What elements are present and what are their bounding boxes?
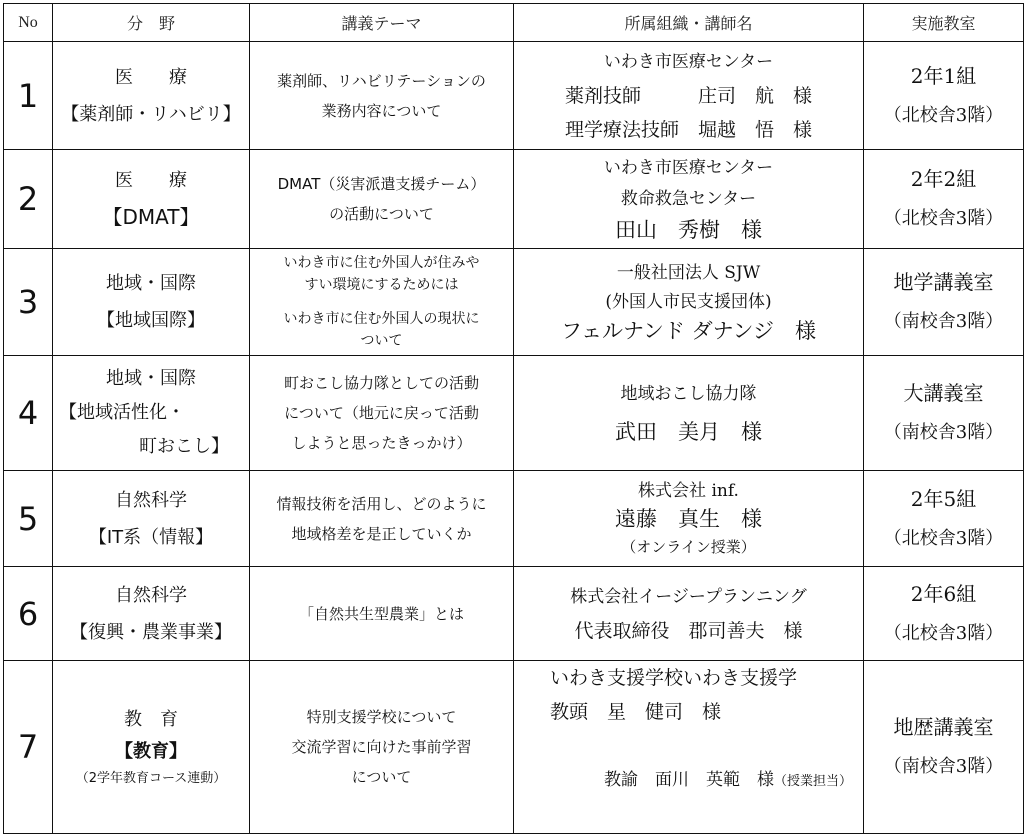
organization: いわき市医療センター (514, 153, 863, 184)
table-row: 1 医 療 【薬剤師・リハビリ】 薬剤師、リハビリテーションの 業務内容について… (4, 42, 1024, 150)
theme-line: 情報技術を活用し、どのように (250, 489, 513, 519)
theme-line: いわき市に住む外国人が住みや (250, 252, 513, 274)
theme-cell: 特別支援学校について 交流学習に向けた事前学習 について (250, 661, 514, 771)
row-number: 5 (4, 471, 53, 567)
organization: 株式会社イージープランニング (514, 580, 863, 614)
field-category: 自然科学 (53, 577, 249, 614)
lecture-mode-note: （オンライン授業） (514, 533, 863, 561)
lecturer-name: フェルナンド ダナンジ 様 (514, 317, 863, 346)
header-row: No 分 野 講義テーマ 所属組織・講師名 実施教室 (4, 4, 1024, 42)
room-name: 地学講義室 (864, 262, 1023, 302)
theme-line: いわき市に住む外国人の現状に (250, 308, 513, 330)
room-name: 地歴講義室 (864, 707, 1023, 747)
field-subcategory-cont: 町おこし】 (53, 430, 249, 464)
lecturer-cell: 株式会社 inf. 遠藤 真生 様 （オンライン授業） (514, 471, 864, 567)
theme-line: ついて (250, 330, 513, 352)
field-category: 自然科学 (53, 482, 249, 519)
header-theme: 講義テーマ (250, 4, 514, 42)
theme-line: について (250, 762, 513, 770)
field-subcategory: 【復興・農業事業】 (53, 614, 249, 651)
lecturer-name: 田山 秀樹 様 (514, 215, 863, 246)
room-building: （南校舎3階） (864, 747, 1023, 770)
field-subcategory: 【DMAT】 (53, 199, 249, 236)
field-subcategory: 【IT系（情報】 (53, 519, 249, 556)
room-cell: 2年6組 （北校舎3階） (864, 567, 1024, 661)
theme-line: 薬剤師、リハビリテーションの (250, 66, 513, 96)
header-field: 分 野 (53, 4, 250, 42)
lecturer-cell: いわき市医療センター 薬剤技師 庄司 航 様 理学療法技師 堀越 悟 様 (514, 42, 864, 150)
field-cell: 医 療 【薬剤師・リハビリ】 (53, 42, 250, 150)
table-row: 7 教 育 【教育】 （2学年教育コース連動） 特別支援学校について 交流学習に… (4, 661, 1024, 771)
lecturer-name: 遠藤 真生 様 (514, 505, 863, 533)
theme-cell: 「自然共生型農業」とは (250, 567, 514, 661)
table-row: 2 医 療 【DMAT】 DMAT（災害派遣支援チーム） の活動について いわき… (4, 150, 1024, 249)
field-category: 医 療 (53, 162, 249, 199)
room-building: （北校舎3階） (864, 96, 1023, 136)
room-name: 2年5組 (864, 479, 1023, 519)
table-row: 6 自然科学 【復興・農業事業】 「自然共生型農業」とは 株式会社イージープラン… (4, 567, 1024, 661)
table-row: 5 自然科学 【IT系（情報】 情報技術を活用し、どのように 地域格差を是正して… (4, 471, 1024, 567)
theme-line: の活動について (250, 199, 513, 229)
room-cell: 地学講義室 （南校舎3階） (864, 249, 1024, 356)
field-cell: 教 育 【教育】 （2学年教育コース連動） (53, 661, 250, 771)
room-cell: 2年5組 （北校舎3階） (864, 471, 1024, 567)
lecturer-name: 代表取締役 郡司善夫 様 (514, 614, 863, 648)
header-room: 実施教室 (864, 4, 1024, 42)
row-number: 2 (4, 150, 53, 249)
field-subcategory: 【地域国際】 (53, 302, 249, 339)
organization: 一般社団法人 SJW (514, 259, 863, 288)
lecturer-cell: いわき支援学校いわき支援学 教頭 星 健司 様 教諭 面川 英範 様（授業担当） (514, 661, 864, 771)
lecturer-name: 理学療法技師 堀越 悟 様 (514, 113, 863, 147)
organization: 株式会社 inf. (514, 477, 863, 505)
row-number: 3 (4, 249, 53, 356)
field-category: 教 育 (53, 704, 249, 736)
field-subcategory: 【地域活性化・ (53, 396, 249, 430)
theme-line: 特別支援学校について (250, 702, 513, 732)
theme-line: すい環境にするためには (250, 274, 513, 296)
lecturer-name: 薬剤技師 庄司 航 様 (514, 79, 863, 113)
organization: いわき市医療センター (514, 45, 863, 79)
field-cell: 地域・国際 【地域活性化・ 町おこし】 (53, 356, 250, 471)
theme-cell: DMAT（災害派遣支援チーム） の活動について (250, 150, 514, 249)
room-building: （北校舎3階） (864, 614, 1023, 654)
theme-line: DMAT（災害派遣支援チーム） (250, 169, 513, 199)
theme-line: 交流学習に向けた事前学習 (250, 732, 513, 762)
field-subcategory: 【教育】 (53, 736, 249, 768)
field-cell: 自然科学 【復興・農業事業】 (53, 567, 250, 661)
room-name: 2年6組 (864, 574, 1023, 614)
room-building: （南校舎3階） (864, 302, 1023, 342)
lecturer-cell: 株式会社イージープランニング 代表取締役 郡司善夫 様 (514, 567, 864, 661)
room-building: （南校舎3階） (864, 413, 1023, 453)
field-category: 地域・国際 (53, 265, 249, 302)
field-cell: 地域・国際 【地域国際】 (53, 249, 250, 356)
theme-line: について（地元に戻って活動 (250, 398, 513, 428)
field-cell: 医 療 【DMAT】 (53, 150, 250, 249)
theme-cell: 薬剤師、リハビリテーションの 業務内容について (250, 42, 514, 150)
theme-cell: 町おこし協力隊としての活動 について（地元に戻って活動 しようと思ったきっかけ） (250, 356, 514, 471)
table-row: 4 地域・国際 【地域活性化・ 町おこし】 町おこし協力隊としての活動 について… (4, 356, 1024, 471)
theme-line: 「自然共生型農業」とは (250, 599, 513, 629)
lecturer-cell: いわき市医療センター 救命救急センター 田山 秀樹 様 (514, 150, 864, 249)
lecture-schedule-table: No 分 野 講義テーマ 所属組織・講師名 実施教室 1 医 療 【薬剤師・リハ… (3, 3, 1024, 770)
theme-line: 地域格差を是正していくか (250, 519, 513, 549)
room-cell: 地歴講義室 （南校舎3階） (864, 661, 1024, 771)
room-name: 2年2組 (864, 159, 1023, 199)
theme-line: しようと思ったきっかけ） (250, 428, 513, 458)
field-category: 地域・国際 (53, 362, 249, 396)
lecturer-cell: 一般社団法人 SJW (外国人市民支援団体) フェルナンド ダナンジ 様 (514, 249, 864, 356)
room-name: 2年1組 (864, 56, 1023, 96)
theme-cell: 情報技術を活用し、どのように 地域格差を是正していくか (250, 471, 514, 567)
row-number: 4 (4, 356, 53, 471)
lecturer-name: 武田 美月 様 (514, 413, 863, 451)
organization: 地域おこし協力隊 (514, 375, 863, 413)
header-no: No (4, 4, 53, 42)
theme-line: 業務内容について (250, 96, 513, 126)
lecturer-cell: 地域おこし協力隊 武田 美月 様 (514, 356, 864, 471)
lecturer-name: 教頭 星 健司 様 (550, 695, 863, 729)
organization: いわき支援学校いわき支援学 (550, 661, 863, 695)
row-number: 6 (4, 567, 53, 661)
organization-note: (外国人市民支援団体) (514, 288, 863, 317)
table-row: 3 地域・国際 【地域国際】 いわき市に住む外国人が住みや すい環境にするために… (4, 249, 1024, 356)
organization-dept: 救命救急センター (514, 184, 863, 215)
room-cell: 2年2組 （北校舎3階） (864, 150, 1024, 249)
theme-line: 町おこし協力隊としての活動 (250, 368, 513, 398)
header-lecturer: 所属組織・講師名 (514, 4, 864, 42)
room-cell: 2年1組 （北校舎3階） (864, 42, 1024, 150)
row-number: 1 (4, 42, 53, 150)
field-subcategory: 【薬剤師・リハビリ】 (53, 96, 249, 133)
room-building: （北校舎3階） (864, 199, 1023, 239)
theme-cell: いわき市に住む外国人が住みや すい環境にするためには いわき市に住む外国人の現状… (250, 249, 514, 356)
row-number: 7 (4, 661, 53, 771)
field-cell: 自然科学 【IT系（情報】 (53, 471, 250, 567)
room-name: 大講義室 (864, 373, 1023, 413)
room-building: （北校舎3階） (864, 519, 1023, 559)
lecturer-name-row: 教諭 面川 英範 様（授業担当） (550, 729, 863, 770)
room-cell: 大講義室 （南校舎3階） (864, 356, 1024, 471)
field-category: 医 療 (53, 59, 249, 96)
